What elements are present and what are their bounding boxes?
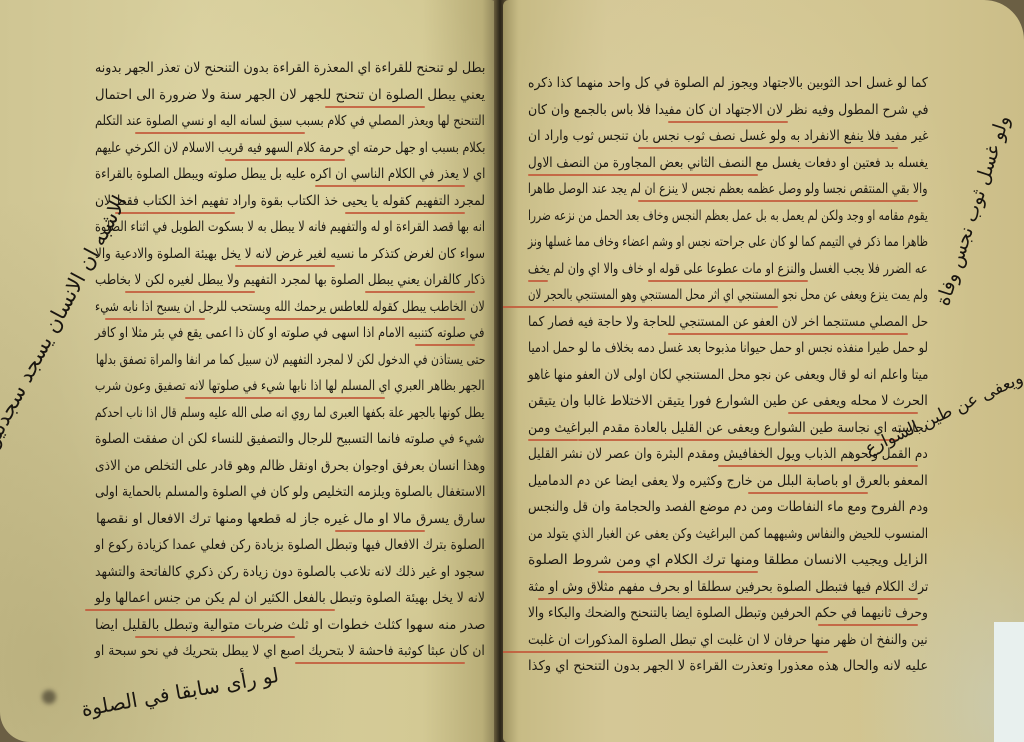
red-underline (345, 212, 465, 214)
red-underline (528, 280, 548, 282)
red-underline (185, 397, 385, 399)
red-underline (265, 318, 465, 320)
manuscript-line: ولم يمت ينزع ويعفى عن محل نجو المستنجي ا… (528, 287, 928, 303)
red-underline (295, 662, 465, 664)
bottom-margin-note: لو رأى سابقا في الصلوة (79, 663, 280, 721)
manuscript-line: سجود او غير ذلك لانه تلاعب بالصلوة دون ز… (95, 564, 485, 580)
manuscript-line: المنسوب للحيض والنفاس وشبههما كمن البراغ… (528, 526, 928, 542)
manuscript-line: بكلام بسبب او جهل حرمته اي حرمة كلام الس… (95, 140, 485, 156)
right-top-margin-note: ولو غسل ثوب نجس وفاة (932, 112, 1015, 309)
red-underline (125, 291, 255, 293)
red-underline (503, 306, 778, 308)
manuscript-line: ظاهرا مما ذكر في التيمم كما لو كان على ج… (528, 234, 928, 250)
manuscript-line: يعني يبطل الصلوة ان تنحنح للجهر لان الجه… (95, 87, 485, 103)
red-underline (528, 439, 578, 441)
red-underline (648, 280, 808, 282)
manuscript-line: غير مفيد فلا ينفع الانفراد به ولو غسل نص… (528, 128, 928, 144)
manuscript-line: يغسله بد فعتين او دفعات يغسل مع النصف ال… (528, 155, 928, 171)
manuscript-line: ميتا واعلم انه لو قال ويعفى عن نجو محل ا… (528, 367, 928, 383)
manuscript-line: في شرح المطول وفيه نظر لان الاجتهاد ان ك… (528, 102, 928, 118)
right-page-text: كما لو غسل احد الثوبين بالاجتهاد ويجوز ل… (528, 75, 928, 675)
red-underline (668, 333, 908, 335)
manuscript-line: انه بها قصد القراءة او له والتفهيم فانه … (95, 219, 485, 235)
manuscript-line: الزايل ويجيب الانسان مطلقا ومنها ترك الك… (528, 552, 928, 568)
manuscript-photo: بطل لو تنحنح للقراءة اي المعذرة القراءة … (0, 0, 1024, 742)
manuscript-line: نين والنفخ ان ظهر منها حرفان لا ان غلبت … (528, 632, 928, 648)
manuscript-line: لانه لا يخل بهيئة الصلوة وتبطل بالفعل ال… (95, 590, 485, 606)
manuscript-line: عه الضرر فلا يجب الغسل والنزع او مات عطو… (528, 261, 928, 277)
left-page-text: بطل لو تنحنح للقراءة اي المعذرة القراءة … (95, 60, 485, 660)
manuscript-line: ودم الفروح ومع ماء النفاطات ومن دم موضع … (528, 499, 928, 515)
red-underline (788, 412, 918, 414)
red-underline (638, 200, 918, 202)
red-underline (598, 571, 758, 573)
manuscript-line: حتى يستاذن في الدخول لكن لا لمجرد التفهي… (95, 352, 485, 368)
left-page: بطل لو تنحنح للقراءة اي المعذرة القراءة … (0, 0, 497, 742)
right-page: كما لو غسل احد الثوبين بالاجتهاد ويجوز ل… (503, 0, 1024, 742)
manuscript-line: والا بقي المنتقص نجسا ولو وصل عظمه بعظم … (528, 181, 928, 197)
red-underline (818, 624, 918, 626)
red-underline (225, 159, 345, 161)
manuscript-line: الجهر بظاهر العبري اي المسلم لها اذا ناب… (95, 378, 485, 394)
manuscript-line: ترك الكلام فيها فتبطل الصلوة بحرفين سطلق… (528, 579, 928, 595)
manuscript-line: نجاسته اي نجاسة طين الشوارع ويعفى عن الق… (528, 420, 928, 436)
red-underline (135, 636, 295, 638)
background-surface (994, 622, 1024, 742)
ink-smudge (42, 690, 56, 704)
manuscript-line: شيء في صلوته فانما التسبيح للرجال والتصف… (95, 431, 485, 447)
manuscript-line: المعفو بالعرق او باصابة البلل من خارج وك… (528, 473, 928, 489)
red-underline (325, 106, 425, 108)
red-underline (335, 530, 425, 532)
red-underline (578, 439, 898, 441)
manuscript-line: كما لو غسل احد الثوبين بالاجتهاد ويجوز ل… (528, 75, 928, 91)
red-underline (365, 291, 475, 293)
manuscript-line: لان الخاطب يبطل كقوله للعاطس يرحمك الله … (95, 299, 485, 315)
manuscript-line: في صلوته كتنبيه الامام اذا اسهى في صلوته… (95, 325, 485, 341)
red-underline (135, 132, 305, 134)
manuscript-line: التنحنح لها ويعذر المصلي في كلام بسبب سب… (95, 113, 485, 129)
manuscript-line: اي لا يعذر في الكلام الناسي ان اكره عليه… (95, 166, 485, 182)
red-underline (503, 651, 828, 653)
red-underline (638, 147, 898, 149)
red-underline (748, 492, 868, 494)
red-underline (668, 121, 788, 123)
manuscript-line: يقوم مقامه او وجد ولكن لم يعمل به بل عمل… (528, 208, 928, 224)
manuscript-line: بطل لو تنحنح للقراءة اي المعذرة القراءة … (95, 60, 485, 76)
manuscript-line: وهذا انسان بعرفق اوجوان بحرق اونقل ظالم … (95, 458, 485, 474)
red-underline (105, 318, 205, 320)
manuscript-line: الصلوة بترك الافعال فيها وتبطل الصلوة بز… (95, 537, 485, 553)
red-underline (718, 465, 918, 467)
manuscript-line: صدر منه سهوا كثلث خطوات او ثلث ضربات متو… (95, 617, 485, 633)
manuscript-line: عليه لانه والحال هذه معذورا وتعذرت القرا… (528, 658, 928, 674)
manuscript-line: لو حمل طيرا منفذه نجس او حمل حيوانا مذبو… (528, 340, 928, 356)
red-underline (235, 265, 335, 267)
red-underline (115, 212, 235, 214)
manuscript-line: لمجرد التفهيم كقوله يا يحيى خذ الكتاب بق… (95, 193, 485, 209)
manuscript-line: ذكار كالقران يعني يبطل الصلوة بها لمجرد … (95, 272, 485, 288)
manuscript-line: الاستغفال بالصلوة ويلزمه التخليص ولو كان… (95, 484, 485, 500)
manuscript-line: حل المصلي مستنجما اخر لان العفو عن المست… (528, 314, 928, 330)
manuscript-line: يطل كونها بالجهر علة بكفها العبرى لما رو… (95, 405, 485, 421)
manuscript-line: الحرث لا محله ويعفى عن طين الشوارع فورا … (528, 393, 928, 409)
red-underline (85, 609, 335, 611)
manuscript-line: ان كان عبثا كوثبة فاحشة لا بتحريك اصبع ا… (95, 643, 485, 659)
red-underline (528, 174, 758, 176)
red-underline (315, 185, 465, 187)
red-underline (415, 344, 475, 346)
manuscript-line: وحرف ثانيهما في حكم الحرفين وتبطل الصلوة… (528, 605, 928, 621)
manuscript-line: سارق يسرق مالا او مال غيره جاز له قطعها … (95, 511, 485, 527)
red-underline (538, 598, 918, 600)
manuscript-line: سواء كان لغرض كتذكر ما نسيه لغير غرض لان… (95, 246, 485, 262)
